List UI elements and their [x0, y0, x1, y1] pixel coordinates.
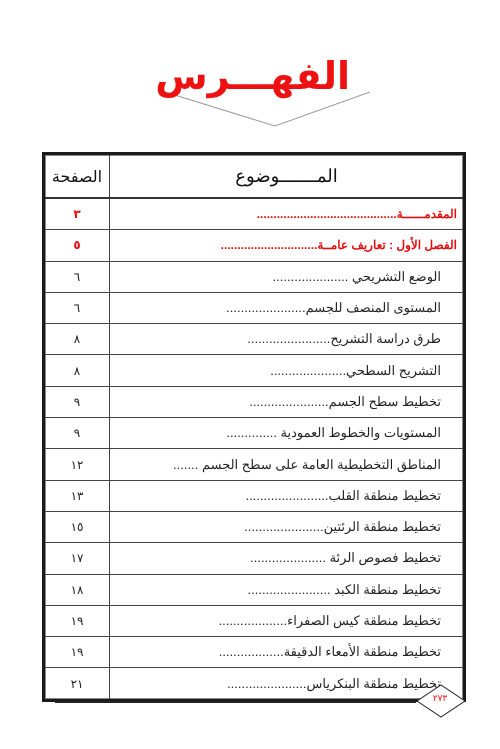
- page-cell: ١٩: [45, 637, 109, 667]
- topic-cell: تخطيط فصوص الرئة .....................: [109, 543, 463, 573]
- page-cell: ٨: [45, 324, 109, 354]
- page-cell: ٢١: [45, 668, 109, 698]
- topic-cell: المناطق التخطيطية العامة على سطح الجسم .…: [109, 449, 463, 479]
- table-row: المستوى المنصف للجسم....................…: [45, 293, 463, 324]
- page-cell: ٦: [45, 293, 109, 323]
- page-cell: ١٧: [45, 543, 109, 573]
- table-row: طرق دراسة التشريح.......................…: [45, 324, 463, 355]
- table-row: الفصل الأول : تعاريف عامــة.............…: [45, 230, 463, 261]
- table-row: تخطيط منطقة الكبد ......................…: [45, 575, 463, 606]
- table-row: المقدمــــــة...........................…: [45, 199, 463, 230]
- table-row: تخطيط فصوص الرئة .....................١٧: [45, 543, 463, 574]
- page-cell: ١٢: [45, 449, 109, 479]
- topic-cell: تخطيط سطح الجسم......................: [109, 387, 463, 417]
- page-cell: ١٨: [45, 575, 109, 605]
- table-row: تخطيط منطقة البنكرياس...................…: [45, 668, 463, 698]
- table-row: المستويات والخطوط العمودية .............…: [45, 418, 463, 449]
- topic-cell: التشريح السطحي.....................: [109, 355, 463, 385]
- page-cell: ٦: [45, 262, 109, 292]
- table-row: تخطيط منطقة الرئتين.....................…: [45, 512, 463, 543]
- topic-cell: تخطيط منطقة البنكرياس...................…: [109, 668, 463, 698]
- page-cell: ٩: [45, 387, 109, 417]
- topic-column-header: المـــــــوضوع: [109, 155, 463, 197]
- page-cell: ٩: [45, 418, 109, 448]
- topic-cell: الوضع التشريحي .....................: [109, 262, 463, 292]
- table-row: تخطيط سطح الجسم......................٩: [45, 387, 463, 418]
- topic-cell: تخطيط منطقة كيس الصفراء.................…: [109, 606, 463, 636]
- table-row: تخطيط منطقة كيس الصفراء.................…: [45, 606, 463, 637]
- table-row: الوضع التشريحي .....................٦: [45, 262, 463, 293]
- table-row: المناطق التخطيطية العامة على سطح الجسم .…: [45, 449, 463, 480]
- topic-cell: المستوى المنصف للجسم....................…: [109, 293, 463, 323]
- table-header-row: المـــــــوضوع الصفحة: [45, 155, 463, 199]
- page-cell: ١٥: [45, 512, 109, 542]
- page-cell: ٥: [45, 230, 109, 260]
- topic-cell: طرق دراسة التشريح.......................: [109, 324, 463, 354]
- table-of-contents: المـــــــوضوع الصفحة المقدمــــــة.....…: [42, 152, 466, 702]
- topic-cell: الفصل الأول : تعاريف عامــة.............…: [109, 230, 463, 260]
- page-title: الفهـــرس: [180, 54, 350, 98]
- index-title-block: الفهـــرس: [180, 50, 350, 135]
- table-row: تخطيط منطقة الأمعاء الدقيقة.............…: [45, 637, 463, 668]
- topic-cell: تخطيط منطقة القلب.......................: [109, 481, 463, 511]
- topic-cell: تخطيط منطقة الأمعاء الدقيقة.............…: [109, 637, 463, 667]
- topic-cell: تخطيط منطقة الكبد ......................…: [109, 575, 463, 605]
- page-cell: ٨: [45, 355, 109, 385]
- topic-cell: المقدمــــــة...........................…: [109, 199, 463, 229]
- page-number: ٢٧٣: [415, 694, 465, 704]
- page-column-header: الصفحة: [45, 155, 109, 197]
- topic-cell: المستويات والخطوط العمودية .............…: [109, 418, 463, 448]
- topic-cell: تخطيط منطقة الرئتين.....................…: [109, 512, 463, 542]
- table-row: التشريح السطحي.....................٨: [45, 355, 463, 386]
- page-cell: ١٩: [45, 606, 109, 636]
- footer-rule: [55, 701, 416, 703]
- table-row: تخطيط منطقة القلب.......................…: [45, 481, 463, 512]
- page-cell: ٣: [45, 199, 109, 229]
- page-cell: ١٣: [45, 481, 109, 511]
